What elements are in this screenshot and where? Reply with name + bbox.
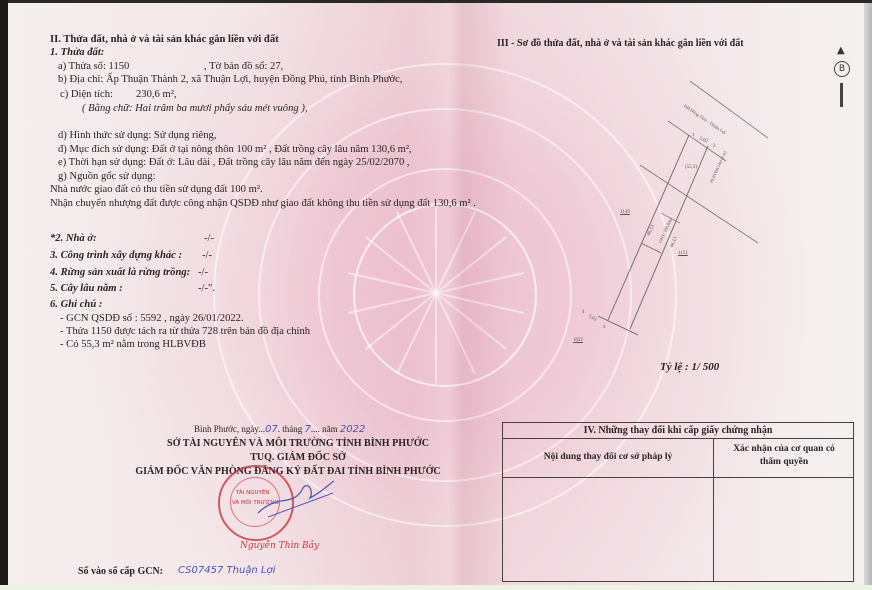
changes-table-cell-confirmation [715,478,853,581]
photo-dark-edge [0,0,8,585]
registry-label: Số vào sổ cấp GCN: [78,565,163,578]
date-prefix: Bình Phước, ngày [194,424,258,434]
column-header-change-content: Nội dung thay đổi cơ sở pháp lý [503,451,713,464]
notes-heading: 6. Ghi chú : [50,298,102,311]
item-perennial-value: -/-". [198,282,215,295]
parcel-number: a) Thửa số: 1150 [58,60,129,73]
certificate-spread: II. Thửa đất, nhà ở và tài sản khác gắn … [8,3,864,585]
table-column-divider [713,438,714,581]
note-item: - Thửa 1150 được tách ra từ thửa 728 trê… [60,325,310,338]
signature-icon [248,473,338,523]
column-header-confirmation-line-2: thẩm quyền [714,456,854,469]
corner-1: 1 [692,129,695,142]
date-year-label: năm [322,424,338,434]
corridor-area: (55,3) [685,161,697,174]
item-perennial-label: 5. Cây lâu năm : [50,282,123,295]
address: b) Địa chỉ: Ấp Thuận Thành 2, xã Thuận L… [58,73,402,86]
use-term: e) Thời hạn sử dụng: Đất ở: Lâu dài , Đấ… [58,156,410,169]
neighbor-parcel-left: 1149 [620,206,630,219]
parcel-diagram [568,73,768,343]
neighbor-parcel-bottom: 1022 [573,334,583,347]
signer-name: Nguyễn Thìn Bảy [240,540,319,553]
section-iii-title: III - Sơ đồ thửa đất, nhà ở và tài sản k… [497,37,744,50]
changes-table-title: IV. Những thay đổi khi cấp giấy chứng nh… [503,424,853,437]
origin-label: g) Nguồn gốc sử dụng: [58,170,156,183]
item-house-value: -/- [204,232,214,245]
date-day: 07 [265,424,278,435]
note-item: - GCN QSDĐ số : 5592 , ngày 26/01/2022. [60,312,244,325]
corner-3: 3 [603,321,606,334]
area-in-words: ( Bằng chữ: Hai trăm ba mươi phẩy sáu mé… [82,102,308,115]
issue-date: Bình Phước, ngày...07. tháng 7.... năm 2… [194,423,365,436]
authority-line-1: SỞ TÀI NGUYÊN VÀ MÔI TRƯỜNG TỈNH BÌNH PH… [108,437,488,450]
north-arrow-icon: ▲ [837,45,845,56]
changes-table-cell-content [503,478,713,581]
origin-line-1: Nhà nước giao đất có thu tiền sử dụng đấ… [50,183,263,196]
changes-table-header-row: Nội dung thay đổi cơ sở pháp lý Xác nhận… [503,438,853,478]
column-header-confirmation: Xác nhận của cơ quan có [714,443,854,456]
corner-4: 4 [582,306,585,319]
area-label: c) Diện tích: [60,88,113,101]
registry-value: CS07457 Thuận Lợi [178,564,275,577]
item-forest-label: 4. Rừng sản xuất là rừng trồng: [50,266,190,279]
section-ii-title: II. Thửa đất, nhà ở và tài sản khác gắn … [50,33,279,46]
item-other-works-value: -/- [202,249,212,262]
item-forest-value: -/- [198,266,208,279]
item-other-works-label: 3. Công trình xây dựng khác : [50,249,182,262]
changes-table-title-row: IV. Những thay đổi khi cấp giấy chứng nh… [503,423,853,439]
use-form: d) Hình thức sử dụng: Sử dụng riêng, [58,129,216,142]
changes-table: IV. Những thay đổi khi cấp giấy chứng nh… [502,422,854,582]
note-item: - Có 55,3 m² nằm trong HLBVĐB [60,338,206,351]
compass-circle: B [834,61,850,77]
neighbor-parcel-right: 1151 [678,247,688,260]
map-scale: Tỷ lệ : 1/ 500 [660,361,719,374]
compass-needle-icon [840,83,843,107]
use-purpose: đ) Mục đích sử dụng: Đất ở tại nông thôn… [58,143,412,156]
item-house-label: *2. Nhà ở: [50,232,97,245]
origin-line-2: Nhận chuyển nhượng đất được công nhận QS… [50,197,476,210]
corner-2: 2 [713,140,716,153]
page-fold [408,3,508,585]
map-sheet-number: , Tờ bản đồ số: 27, [204,60,283,73]
date-month-label: tháng [282,424,302,434]
photo-right-edge [864,3,872,585]
land-heading: 1. Thửa đất: [50,46,104,59]
area-value: 230,6 m², [136,88,177,101]
authority-line-2: TUQ. GIÁM ĐỐC SỞ [108,451,488,464]
date-year: 2022 [340,424,365,435]
